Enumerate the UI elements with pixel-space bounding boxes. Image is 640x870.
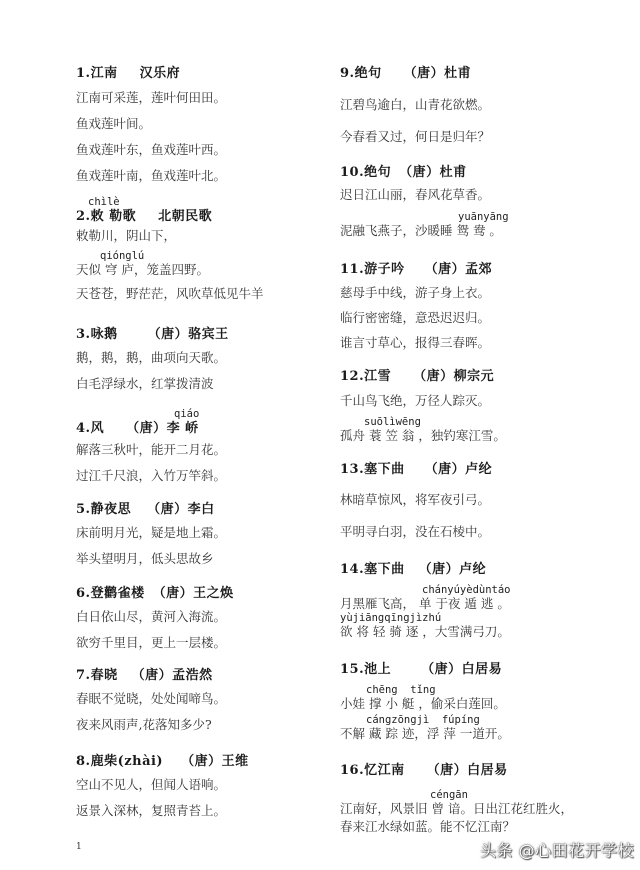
poem-line: 白日依山尽，黄河入海流。 <box>76 609 234 625</box>
poem-10: 10.绝句（唐）杜甫 迟日江山丽，春风花草香。 yuānyāng 泥融飞燕子，沙… <box>340 163 509 239</box>
poem-author: （唐）杜甫 <box>404 66 472 81</box>
poem-line: 敕勒川，阴山下， <box>76 228 264 244</box>
poem-line: 鱼戏莲叶南，鱼戏莲叶北。 <box>76 168 226 184</box>
poem-2: chìlè 2.敕 勒歌北朝民歌 敕勒川，阴山下， qiónglú 天似 穹 庐… <box>76 196 264 302</box>
poem-line: 欲穷千里目，更上一层楼。 <box>76 635 234 651</box>
poem-title: 7.春晓（唐）孟浩然 <box>76 666 226 686</box>
line-pinyin: qiónglú <box>76 250 264 262</box>
poem-6: 6.登鹳雀楼（唐）王之焕 白日依山尽，黄河入海流。 欲穷千里目，更上一层楼。 <box>76 584 234 651</box>
poem-title: 15.池上（唐）白居易 <box>340 660 510 680</box>
poem-line: 慈母手中线，游子身上衣。 <box>340 285 492 301</box>
poem-title: 2.敕 勒歌北朝民歌 <box>76 208 264 226</box>
poem-line: 不解 藏 踪 迹，浮 萍 一道开。 <box>340 726 510 742</box>
title-pinyin: chìlè <box>76 196 264 208</box>
poem-title: 5.静夜思（唐）李白 <box>76 500 226 520</box>
poem-9: 9.绝句（唐）杜甫 江碧鸟逾白，山青花欲燃。 今春看又过，何日是归年？ <box>340 64 490 145</box>
poem-author: 汉乐府 <box>140 66 181 81</box>
line-pinyin: yùjiāngqīngjìzhú <box>340 612 511 624</box>
poem-author: （唐）孟郊 <box>425 262 493 277</box>
poem-author: （唐）卢纶 <box>419 562 487 577</box>
poem-author: 北朝民歌 <box>158 209 212 224</box>
poem-12: 12.江雪（唐）柳宗元 千山鸟飞绝，万径人踪灭。 suōlìwēng 孤舟 蓑 … <box>340 367 506 444</box>
poem-13: 13.塞下曲（唐）卢纶 林暗草惊风，将军夜引弓。 平明寻白羽，没在石棱中。 <box>340 460 492 540</box>
poem-title-text: 池上 <box>364 662 391 677</box>
poem-author: （唐）王之焕 <box>153 586 234 601</box>
poem-1: 1.江南汉乐府 江南可采莲，莲叶何田田。 鱼戏莲叶间。 鱼戏莲叶东，鱼戏莲叶西。… <box>76 64 226 184</box>
poem-author: （唐）卢纶 <box>425 462 493 477</box>
poem-line: 春眠不觉晓，处处闻啼鸟。 <box>76 691 226 707</box>
poem-line: 江南好，风景旧 曾 谙。日出江花红胜火， <box>340 801 573 817</box>
poem-author: （唐）白居易 <box>421 662 502 677</box>
poem-line: 解落三秋叶，能开二月花。 <box>76 442 226 458</box>
poem-line: 千山鸟飞绝，万径人踪灭。 <box>340 393 506 409</box>
poem-line: 江碧鸟逾白，山青花欲燃。 <box>340 97 490 113</box>
line-pinyin: céngān <box>340 789 573 801</box>
poem-title: 1.江南汉乐府 <box>76 64 226 84</box>
poem-title: 9.绝句（唐）杜甫 <box>340 64 490 84</box>
line-pinyin: yuānyāng <box>340 211 509 223</box>
poem-title: 10.绝句（唐）杜甫 <box>340 163 509 183</box>
poem-title-text: 春晓 <box>91 668 118 683</box>
poem-16: 16.忆江南（唐）白居易 céngān 江南好，风景旧 曾 谙。日出江花红胜火，… <box>340 761 573 835</box>
watermark: 头条 @心田花开学校 <box>480 838 634 861</box>
poem-title-text: 风 <box>91 421 105 436</box>
poem-title: 13.塞下曲（唐）卢纶 <box>340 460 492 480</box>
poem-title-text: 绝句 <box>355 66 382 81</box>
poem-line: 林暗草惊风，将军夜引弓。 <box>340 492 492 508</box>
poem-line: 春来江水绿如蓝。能不忆江南？ <box>340 819 573 835</box>
poem-line: 天苍苍，野茫茫，风吹草低见牛羊 <box>76 286 264 302</box>
poem-title-text: 江雪 <box>364 369 391 384</box>
poem-line: 鱼戏莲叶东，鱼戏莲叶西。 <box>76 142 226 158</box>
poem-15: 15.池上（唐）白居易 chēng tǐng 小娃 撑 小 艇 ，偷采白莲回。 … <box>340 660 510 742</box>
poem-5: 5.静夜思（唐）李白 床前明月光，疑是地上霜。 举头望明月，低头思故乡 <box>76 500 226 567</box>
poem-line: 鱼戏莲叶间。 <box>76 116 226 132</box>
poem-line: 返景入深林，复照青苔上。 <box>76 803 249 819</box>
poem-line: 月黑雁飞高， 单 于夜 遁 逃 。 <box>340 596 511 612</box>
poem-title-text: 绝句 <box>364 165 391 180</box>
poem-line: 谁言寸草心，报得三春晖。 <box>340 335 492 351</box>
poem-line: 欲 将 轻 骑 逐 ，大雪满弓刀。 <box>340 624 511 640</box>
line-pinyin: chēng tǐng <box>340 684 510 696</box>
poem-title: 11.游子吟（唐）孟郊 <box>340 260 492 280</box>
poem-title-text: 静夜思 <box>91 502 132 517</box>
poem-author: （唐）骆宾王 <box>148 327 229 342</box>
poem-3: 3.咏鹅（唐）骆宾王 鹅，鹅，鹅，曲项向天歌。 白毛浮绿水，红掌拨清波 <box>76 325 229 392</box>
poem-title-text: 鹿柴(zhài) <box>91 754 164 769</box>
poem-line: 泥融飞燕子，沙暖睡 鸳 鸯 。 <box>340 223 509 239</box>
line-pinyin: cángzōngjì fúpíng <box>340 714 510 726</box>
line-pinyin: suōlìwēng <box>340 416 506 428</box>
poem-title-text: 忆江南 <box>364 763 405 778</box>
poem-title: 6.登鹳雀楼（唐）王之焕 <box>76 584 234 604</box>
poem-line: 江南可采莲，莲叶何田田。 <box>76 90 226 106</box>
poem-14: 14.塞下曲（唐）卢纶 chányúyèdùntáo 月黑雁飞高， 单 于夜 遁… <box>340 560 511 640</box>
poem-line: 平明寻白羽，没在石棱中。 <box>340 524 492 540</box>
poem-line: 空山不见人，但闻人语响。 <box>76 777 249 793</box>
poem-line: 夜来风雨声,花落知多少? <box>76 717 226 733</box>
poem-11: 11.游子吟（唐）孟郊 慈母手中线，游子身上衣。 临行密密缝，意恐迟迟归。 谁言… <box>340 260 492 351</box>
poem-line: 小娃 撑 小 艇 ，偷采白莲回。 <box>340 696 510 712</box>
poem-title: 4.风（唐）李 峤 <box>76 420 226 438</box>
poem-line: 床前明月光，疑是地上霜。 <box>76 525 226 541</box>
poem-line: 白毛浮绿水，红掌拨清波 <box>76 376 229 392</box>
poem-author: （唐）李白 <box>147 502 215 517</box>
author-pinyin: qiáo <box>76 408 226 420</box>
poem-author: （唐）李 峤 <box>126 421 199 436</box>
poem-title-text: 江南 <box>91 66 118 81</box>
poem-author: （唐）白居易 <box>427 763 508 778</box>
poem-author: （唐）杜甫 <box>399 165 467 180</box>
poem-author: （唐）柳宗元 <box>413 369 494 384</box>
poem-author: （唐）王维 <box>181 754 249 769</box>
poem-title-text: 咏鹅 <box>91 327 118 342</box>
poem-line: 迟日江山丽，春风花草香。 <box>340 187 509 203</box>
poem-4: qiáo 4.风（唐）李 峤 解落三秋叶，能开二月花。 过江千尺浪，入竹万竿斜。 <box>76 408 226 484</box>
poem-title-text: 塞下曲 <box>364 462 405 477</box>
poem-title: 8.鹿柴(zhài)（唐）王维 <box>76 752 249 772</box>
poem-title-text: 登鹳雀楼 <box>91 586 145 601</box>
poem-title-text: 塞下曲 <box>364 562 405 577</box>
poem-title-text: 游子吟 <box>364 262 405 277</box>
poem-line: 天似 穹 庐，笼盖四野。 <box>76 262 264 278</box>
poem-title-text: 敕 勒歌 <box>91 209 137 224</box>
poem-line: 鹅，鹅，鹅，曲项向天歌。 <box>76 350 229 366</box>
page-number: 1 <box>76 842 82 852</box>
poem-title: 3.咏鹅（唐）骆宾王 <box>76 325 229 345</box>
poem-7: 7.春晓（唐）孟浩然 春眠不觉晓，处处闻啼鸟。 夜来风雨声,花落知多少? <box>76 666 226 733</box>
poem-line: 今春看又过，何日是归年？ <box>340 129 490 145</box>
poem-title: 14.塞下曲（唐）卢纶 <box>340 560 511 580</box>
poem-line: 临行密密缝，意恐迟迟归。 <box>340 310 492 326</box>
poem-8: 8.鹿柴(zhài)（唐）王维 空山不见人，但闻人语响。 返景入深林，复照青苔上… <box>76 752 249 819</box>
poem-author: （唐）孟浩然 <box>132 668 213 683</box>
poem-line: 孤舟 蓑 笠 翁 ，独钓寒江雪。 <box>340 428 506 444</box>
poem-title: 16.忆江南（唐）白居易 <box>340 761 573 781</box>
poem-line: 举头望明月，低头思故乡 <box>76 551 226 567</box>
poem-title: 12.江雪（唐）柳宗元 <box>340 367 506 387</box>
poem-line: 过江千尺浪，入竹万竿斜。 <box>76 468 226 484</box>
line-pinyin: chányúyèdùntáo <box>340 584 511 596</box>
